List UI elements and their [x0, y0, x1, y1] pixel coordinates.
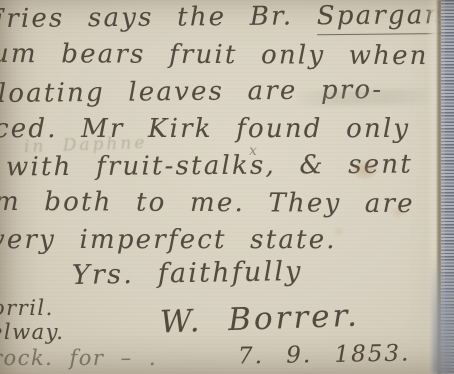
- letter-date: 7. 9. 1853.: [238, 342, 411, 368]
- letter-line: um bears fruit only when: [0, 41, 429, 69]
- letter-closing: Yrs. faithfully: [72, 258, 303, 289]
- letter-line: m both to me. They are: [0, 189, 415, 217]
- signature: W. Borrer.: [160, 301, 361, 339]
- margin-note: orril.: [0, 298, 54, 319]
- letter-photograph: Fries says the Br. Spargani- um bears fr…: [0, 0, 454, 374]
- margin-note: rock. for – .: [0, 348, 157, 369]
- letter-line-text: Fries says the Br.: [0, 1, 317, 34]
- margin-note: elway.: [0, 322, 64, 343]
- ruler-blur-overlay: [432, 254, 454, 374]
- ink-offset-smudge: [292, 89, 442, 107]
- letter-line: very imperfect state.: [0, 227, 337, 253]
- x-annotation-mark: x: [249, 143, 257, 159]
- letter-line: with fruit-stalks, & sent: [6, 152, 413, 181]
- letter-line: Fries says the Br. Spargani-: [0, 2, 454, 32]
